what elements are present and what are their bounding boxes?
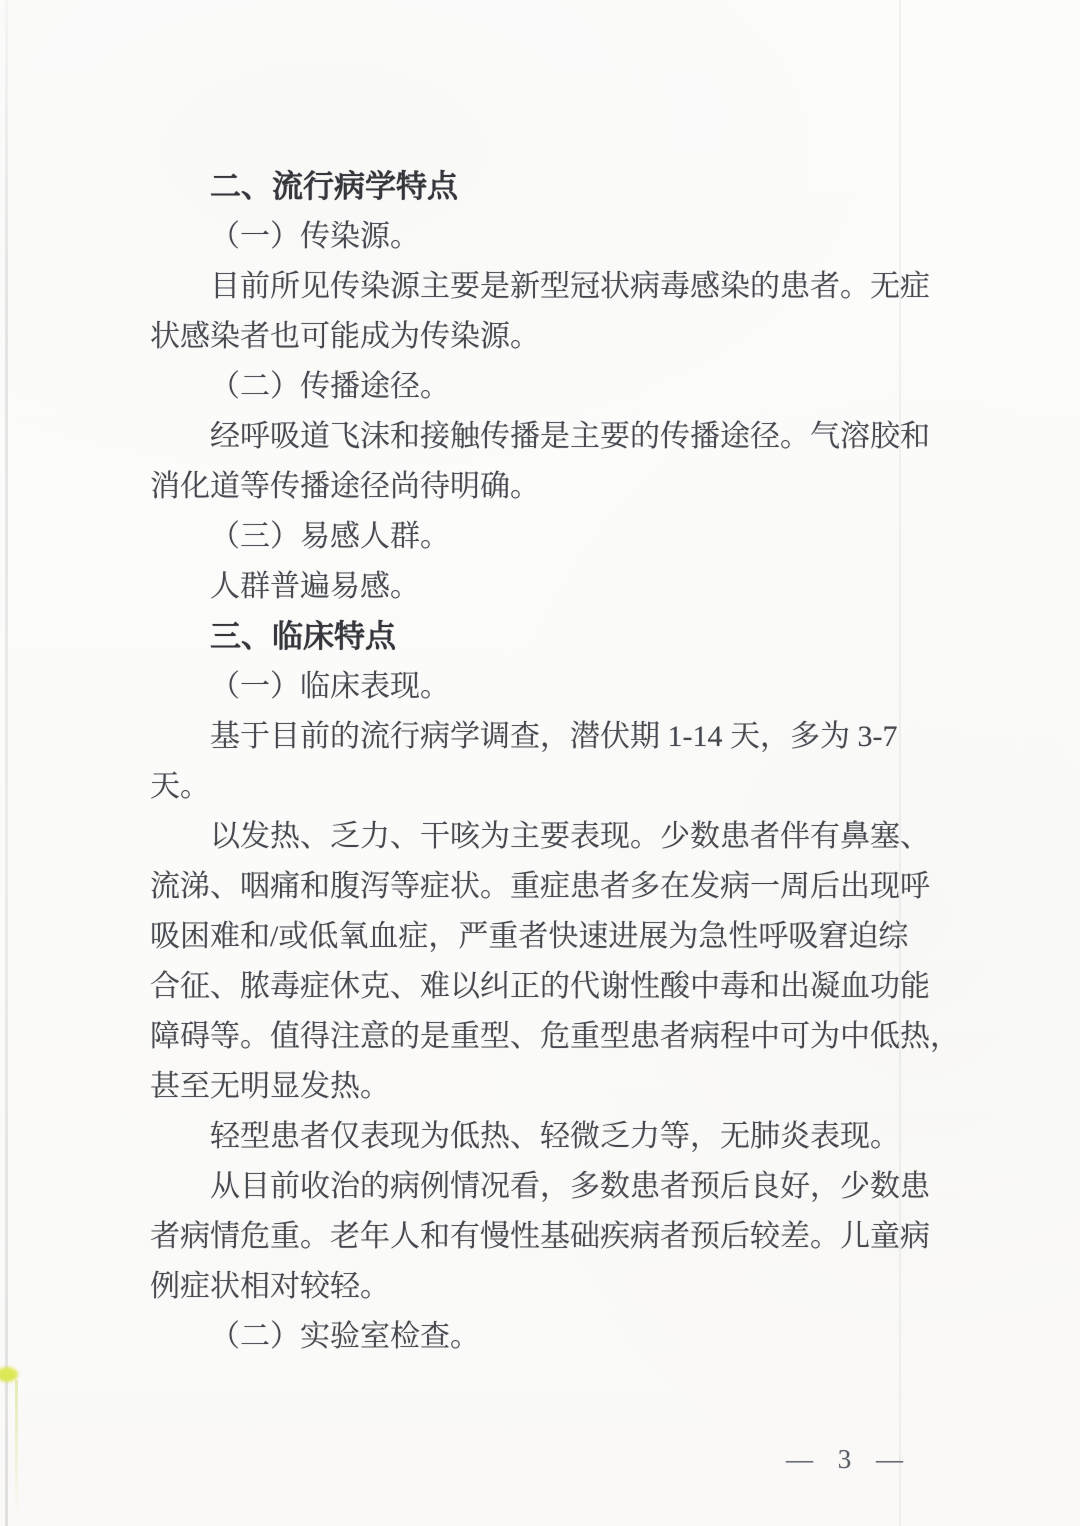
text-line: 基于目前的流行病学调查，潜伏期 1-14 天，多为 3-7: [150, 712, 1010, 762]
page-number: — 3 —: [786, 1444, 912, 1474]
document-body: 二、流行病学特点（一）传染源。目前所见传染源主要是新型冠状病毒感染的患者。无症状…: [150, 162, 1010, 1362]
text-line: 以发热、乏力、干咳为主要表现。少数患者伴有鼻塞、: [150, 812, 1010, 862]
section-heading: 二、流行病学特点: [150, 162, 1010, 212]
text-line: （二）传播途径。: [150, 362, 1010, 412]
text-line: 吸困难和/或低氧血症，严重者快速进展为急性呼吸窘迫综: [150, 912, 1010, 962]
text-line: 经呼吸道飞沫和接触传播是主要的传播途径。气溶胶和: [150, 412, 1010, 462]
document-page: 二、流行病学特点（一）传染源。目前所见传染源主要是新型冠状病毒感染的患者。无症状…: [0, 0, 1080, 1526]
text-line: 人群普遍易感。: [150, 562, 1010, 612]
text-line: 天。: [150, 762, 1010, 812]
section-heading: 三、临床特点: [150, 612, 1010, 662]
page-footer: — 3 —: [786, 1444, 912, 1475]
text-line: 状感染者也可能成为传染源。: [150, 312, 1010, 362]
text-line: 障碍等。值得注意的是重型、危重型患者病程中可为中低热，: [150, 1012, 1010, 1062]
text-line: （一）传染源。: [150, 212, 1010, 262]
text-line: 从目前收治的病例情况看，多数患者预后良好，少数患: [150, 1162, 1010, 1212]
text-line: 消化道等传播途径尚待明确。: [150, 462, 1010, 512]
text-line: （二）实验室检查。: [150, 1312, 1010, 1362]
text-line: （三）易感人群。: [150, 512, 1010, 562]
text-line: 例症状相对较轻。: [150, 1262, 1010, 1312]
scan-edge-line: [5, 0, 8, 1526]
text-line: 合征、脓毒症休克、难以纠正的代谢性酸中毒和出凝血功能: [150, 962, 1010, 1012]
yellow-highlight-tail: [15, 1380, 18, 1520]
text-line: 者病情危重。老年人和有慢性基础疾病者预后较差。儿童病: [150, 1212, 1010, 1262]
text-line: 轻型患者仅表现为低热、轻微乏力等，无肺炎表现。: [150, 1112, 1010, 1162]
text-line: 甚至无明显发热。: [150, 1062, 1010, 1112]
text-line: 流涕、咽痛和腹泻等症状。重症患者多在发病一周后出现呼: [150, 862, 1010, 912]
text-line: （一）临床表现。: [150, 662, 1010, 712]
text-line: 目前所见传染源主要是新型冠状病毒感染的患者。无症: [150, 262, 1010, 312]
